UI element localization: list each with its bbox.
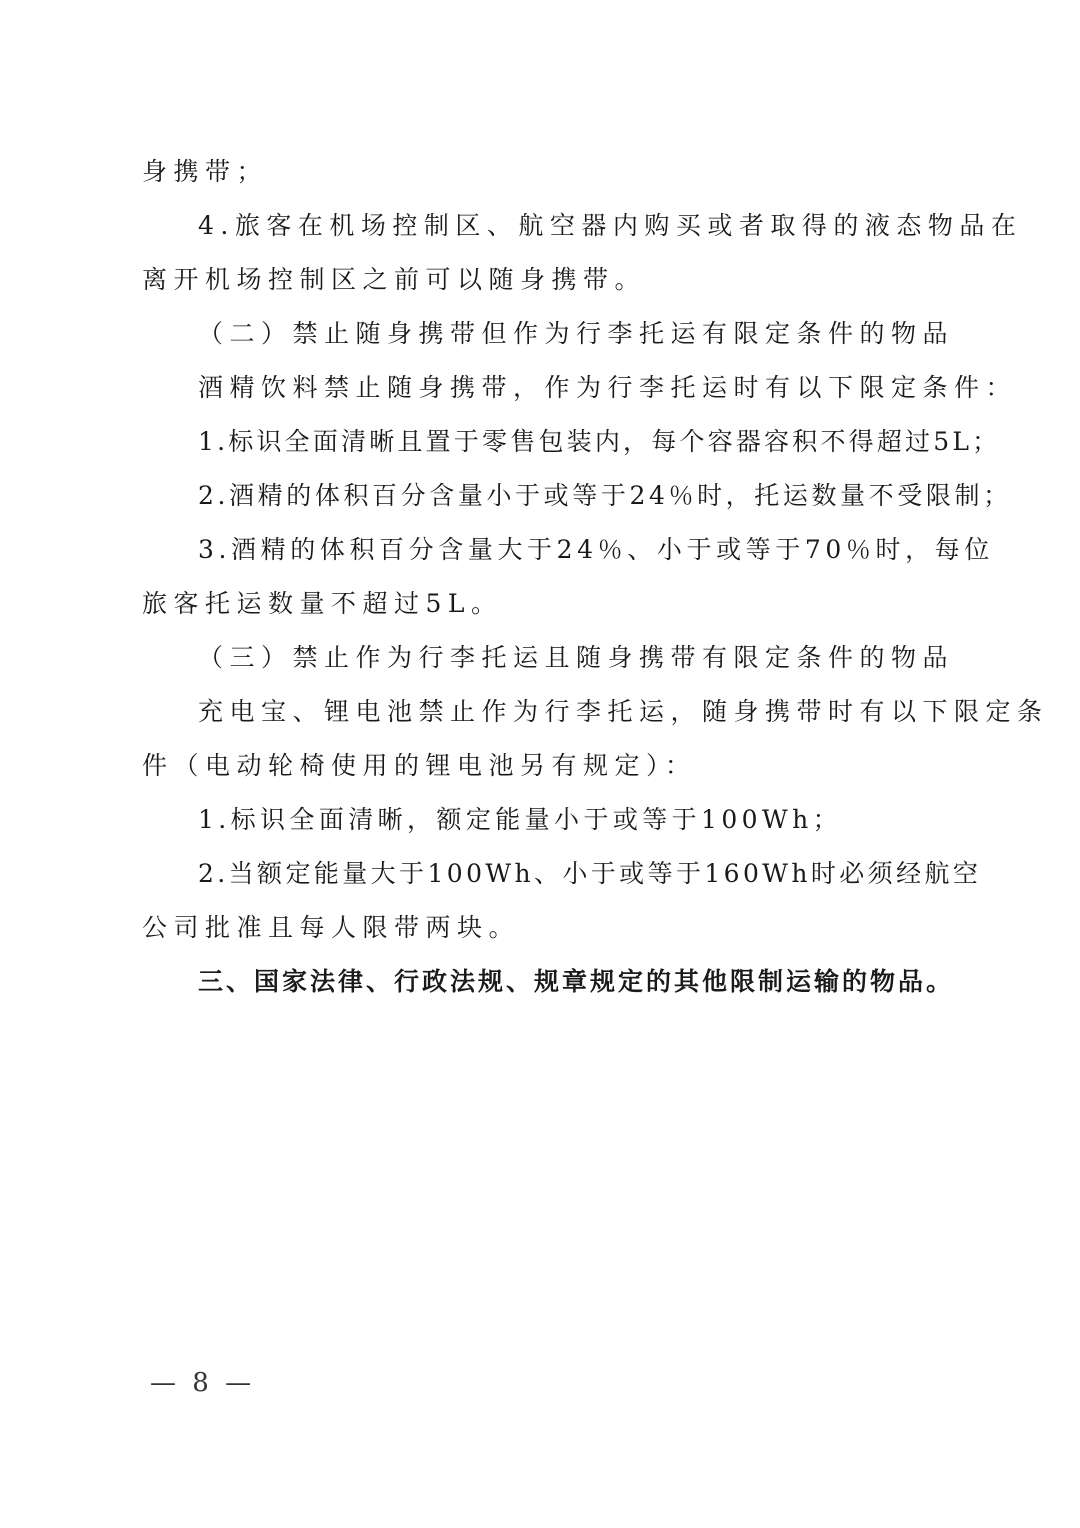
section-heading: （二）禁止随身携带但作为行李托运有限定条件的物品 bbox=[198, 317, 998, 351]
paragraph-line: 离开机场控制区之前可以随身携带。 bbox=[142, 263, 942, 297]
section-heading-bold: 三、国家法律、行政法规、规章规定的其他限制运输的物品。 bbox=[198, 965, 998, 999]
paragraph-line: 酒精饮料禁止随身携带，作为行李托运时有以下限定条件： bbox=[198, 371, 998, 405]
paragraph-line: 旅客托运数量不超过5L。 bbox=[142, 587, 942, 621]
paragraph-line: 身携带； bbox=[142, 155, 942, 189]
list-item: 1.标识全面清晰且置于零售包装内，每个容器容积不得超过5L； bbox=[198, 425, 998, 459]
list-item: 3.酒精的体积百分含量大于24％、小于或等于70％时，每位 bbox=[198, 533, 998, 567]
paragraph-line: 4.旅客在机场控制区、航空器内购买或者取得的液态物品在 bbox=[198, 209, 998, 243]
section-heading: （三）禁止作为行李托运且随身携带有限定条件的物品 bbox=[198, 641, 998, 675]
paragraph-line: 件（电动轮椅使用的锂电池另有规定）： bbox=[142, 749, 942, 783]
list-item: 1.标识全面清晰，额定能量小于或等于100Wh； bbox=[198, 803, 998, 837]
list-item: 2.当额定能量大于100Wh、小于或等于160Wh时必须经航空 bbox=[198, 857, 998, 891]
list-item: 2.酒精的体积百分含量小于或等于24％时，托运数量不受限制； bbox=[198, 479, 998, 513]
page-number: — 8 — bbox=[150, 1368, 255, 1398]
document-page: 身携带； 4.旅客在机场控制区、航空器内购买或者取得的液态物品在 离开机场控制区… bbox=[0, 0, 1080, 1528]
paragraph-line: 充电宝、锂电池禁止作为行李托运，随身携带时有以下限定条 bbox=[198, 695, 998, 729]
paragraph-line: 公司批准且每人限带两块。 bbox=[142, 911, 942, 945]
